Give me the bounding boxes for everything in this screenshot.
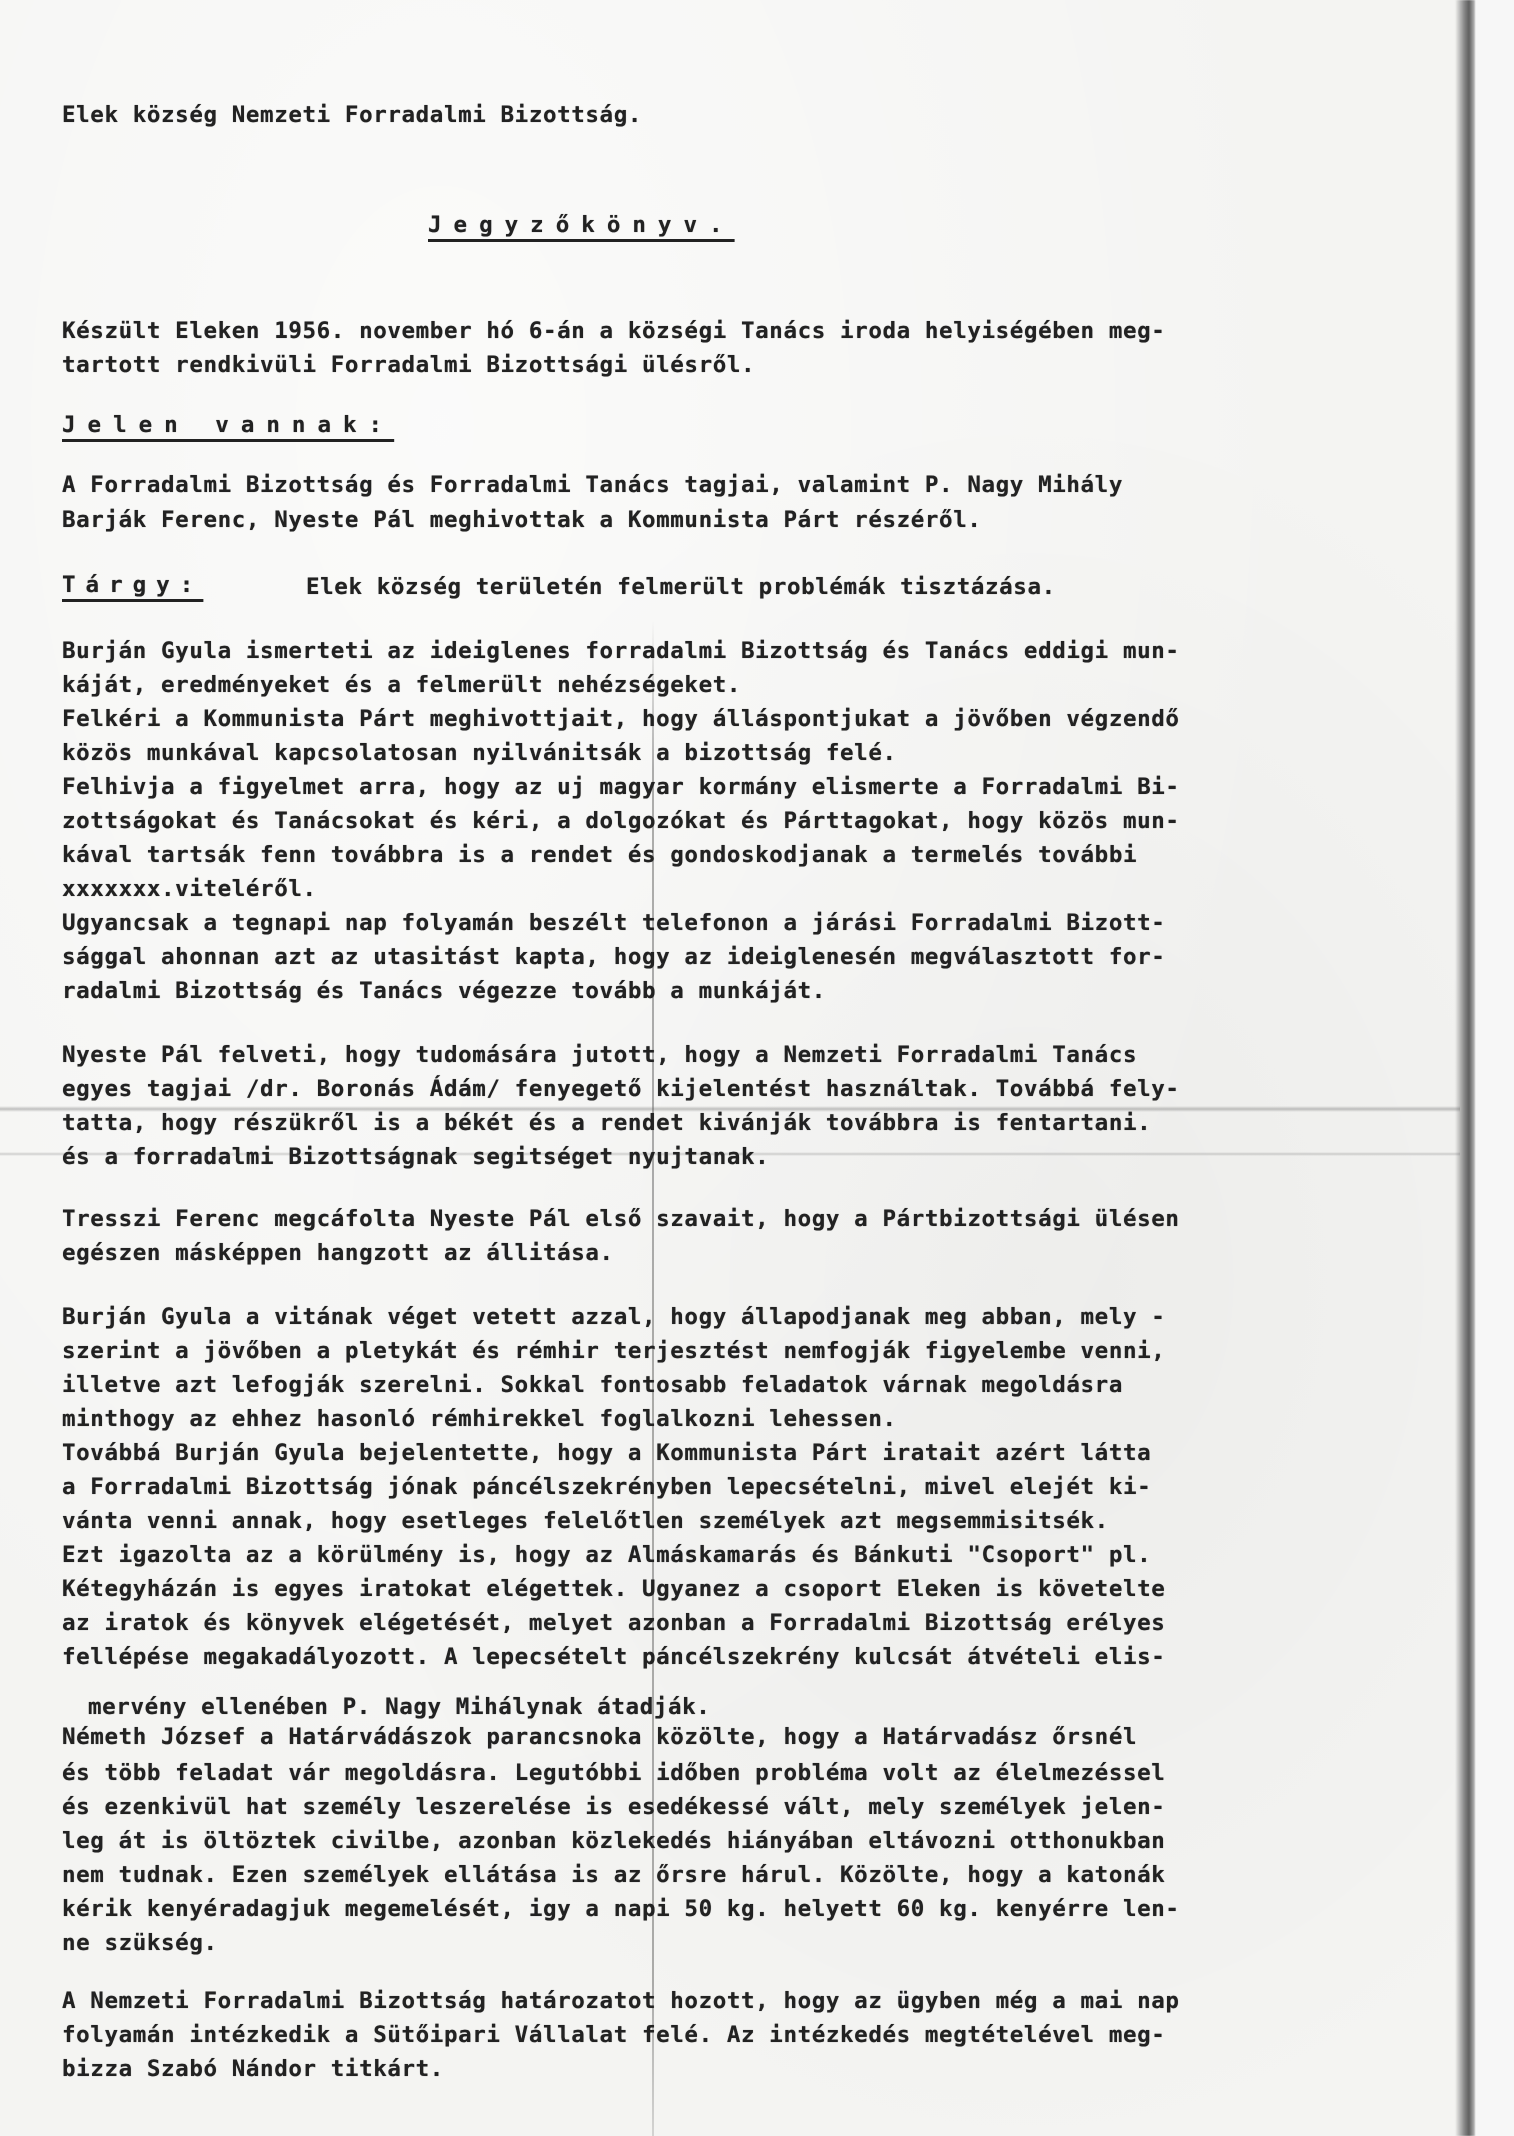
paragraph-line: illetve azt lefogják szerelni. Sokkal fo… — [62, 1370, 1123, 1400]
paragraph-line: Burján Gyula ismerteti az ideiglenes for… — [62, 636, 1180, 666]
intro-line: Készült Eleken 1956. november hó 6-án a … — [62, 316, 1165, 346]
paragraph-line: Németh József a Határvádászok parancsnok… — [62, 1722, 1137, 1752]
paragraph-line: káját, eredményeket és a felmerült nehéz… — [62, 670, 741, 700]
paragraph-line: Felhivja a figyelmet arra, hogy az uj ma… — [62, 772, 1180, 802]
paragraph-line: Tresszi Ferenc megcáfolta Nyeste Pál els… — [62, 1204, 1180, 1234]
paragraph-line: Felkéri a Kommunista Párt meghivottjait,… — [62, 704, 1180, 734]
paragraph-line: egyes tagjai /dr. Boronás Ádám/ fenyeget… — [62, 1074, 1180, 1104]
paragraph-line: bizza Szabó Nándor titkárt. — [62, 2054, 444, 2084]
paragraph-line: vánta venni annak, hogy esetleges felelő… — [62, 1506, 1109, 1536]
paragraph-line: kával tartsák fenn továbbra is a rendet … — [62, 840, 1137, 870]
paragraph-line: az iratok és könyvek elégetését, melyet … — [62, 1608, 1165, 1638]
paragraph-line: Ugyancsak a tegnapi nap folyamán beszélt… — [62, 908, 1165, 938]
paragraph-line-indented: mervény ellenében P. Nagy Mihálynak átad… — [88, 1692, 710, 1722]
paragraph-line: xxxxxxx.viteléről. — [62, 874, 317, 904]
paragraph-line: folyamán intézkedik a Sütőipari Vállalat… — [62, 2020, 1165, 2050]
present-heading: Jelen vannak: — [62, 410, 394, 440]
paragraph-line: nem tudnak. Ezen személyek ellátása is a… — [62, 1860, 1165, 1890]
document-title: Jegyzőkönyv. — [428, 210, 735, 240]
paragraph-line: és több feladat vár megoldásra. Legutóbb… — [62, 1758, 1165, 1788]
present-line: Barják Ferenc, Nyeste Pál meghivottak a … — [62, 505, 982, 535]
intro-line: tartott rendkivüli Forradalmi Bizottsági… — [62, 350, 755, 380]
paragraph-line: ne szükség. — [62, 1928, 218, 1958]
paragraph-line: Burján Gyula a vitának véget vetett azza… — [62, 1302, 1165, 1332]
paragraph-line: Nyeste Pál felveti, hogy tudomására juto… — [62, 1040, 1137, 1070]
paragraph-line: tatta, hogy részükről is a békét és a re… — [62, 1108, 1151, 1138]
paragraph-line: minthogy az ehhez hasonló rémhirekkel fo… — [62, 1404, 897, 1434]
paragraph-line: a Forradalmi Bizottság jónak páncélszekr… — [62, 1472, 1151, 1502]
paragraph-line: A Nemzeti Forradalmi Bizottság határozat… — [62, 1986, 1180, 2016]
paragraph-line: radalmi Bizottság és Tanács végezze tová… — [62, 976, 826, 1006]
paragraph-line: leg át is öltöztek civilbe, azonban közl… — [62, 1826, 1165, 1856]
subject-heading: Tárgy: — [62, 570, 203, 600]
paragraph-line: és a forradalmi Bizottságnak segitséget … — [62, 1142, 769, 1172]
torn-paper-edge — [1455, 0, 1475, 2136]
paragraph-line: Kétegyházán is egyes iratokat elégettek.… — [62, 1574, 1165, 1604]
present-line: A Forradalmi Bizottság és Forradalmi Tan… — [62, 470, 1123, 500]
paragraph-line: Továbbá Burján Gyula bejelentette, hogy … — [62, 1438, 1151, 1468]
subject-text: Elek község területén felmerült problémá… — [306, 572, 1056, 602]
document-header: Elek község Nemzeti Forradalmi Bizottság… — [62, 100, 642, 130]
paragraph-line: sággal ahonnan azt az utasitást kapta, h… — [62, 942, 1165, 972]
scan-background — [1475, 0, 1514, 2136]
paragraph-line: közös munkával kapcsolatosan nyilvánitsá… — [62, 738, 897, 768]
paragraph-line: zottságokat és Tanácsokat és kéri, a dol… — [62, 806, 1180, 836]
paragraph-line: egészen másképpen hangzott az állitása. — [62, 1238, 614, 1268]
paragraph-line: fellépése megakadályozott. A lepecsételt… — [62, 1642, 1165, 1672]
paragraph-line: Ezt igazolta az a körülmény is, hogy az … — [62, 1540, 1151, 1570]
paragraph-line: kérik kenyéradagjuk megemelését, igy a n… — [62, 1894, 1180, 1924]
paragraph-line: szerint a jövőben a pletykát és rémhir t… — [62, 1336, 1165, 1366]
paragraph-line: és ezenkivül hat személy leszerelése is … — [62, 1792, 1165, 1822]
